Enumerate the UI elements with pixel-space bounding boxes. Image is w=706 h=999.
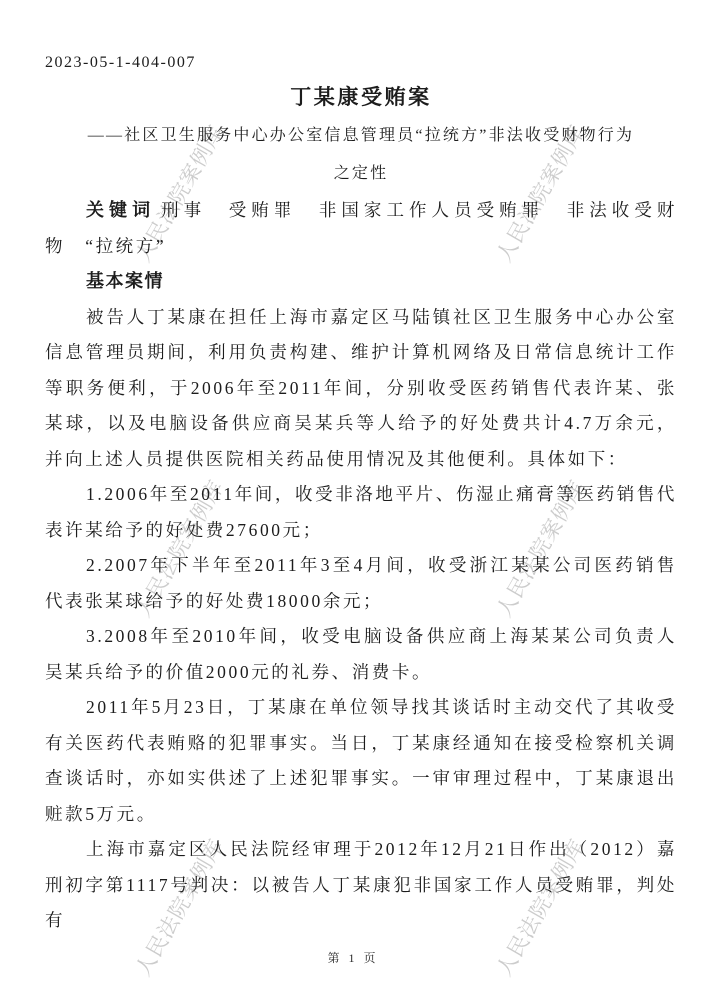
body-paragraph: 1.2006年至2011年间，收受非洛地平片、伤湿止痛膏等医药销售代表许某给予的… — [45, 477, 677, 548]
body-paragraph: 2.2007年下半年至2011年3至4月间，收受浙江某某公司医药销售代表张某球给… — [45, 548, 677, 619]
document-page: 人民法院案例库 人民法院案例库 人民法院案例库 人民法院案例库 人民法院案例库 … — [0, 0, 706, 999]
keywords-paragraph: 关键词刑事 受贿罪 非国家工作人员受贿罪 非法收受财物 “拉统方” — [45, 193, 677, 264]
case-subtitle: ——社区卫生服务中心办公室信息管理员“拉统方”非法收受财物行为 之定性 — [45, 117, 677, 193]
body-paragraph: 被告人丁某康在担任上海市嘉定区马陆镇社区卫生服务中心办公室信息管理员期间，利用负… — [45, 300, 677, 478]
body-paragraph: 2011年5月23日，丁某康在单位领导找其谈话时主动交代了其收受有关医药代表贿赂… — [45, 690, 677, 832]
case-subtitle-line1: ——社区卫生服务中心办公室信息管理员“拉统方”非法收受财物行为 — [45, 117, 677, 155]
case-subtitle-line2: 之定性 — [45, 155, 677, 193]
page-number-label: 第 1 页 — [327, 951, 378, 965]
case-title: 丁某康受贿案 — [45, 86, 677, 110]
page-footer: 第 1 页 — [0, 949, 706, 966]
body-paragraph: 3.2008年至2010年间，收受电脑设备供应商上海某某公司负责人吴某兵给予的价… — [45, 619, 677, 690]
section-heading-basic-facts: 基本案情 — [45, 264, 677, 300]
keywords-label: 关键词 — [86, 200, 155, 220]
body-paragraph: 上海市嘉定区人民法院经审理于2012年12月21日作出（2012）嘉刑初字第11… — [45, 832, 677, 939]
document-content: 2023-05-1-404-007 丁某康受贿案 ——社区卫生服务中心办公室信息… — [0, 0, 706, 939]
doc-number: 2023-05-1-404-007 — [45, 52, 677, 74]
